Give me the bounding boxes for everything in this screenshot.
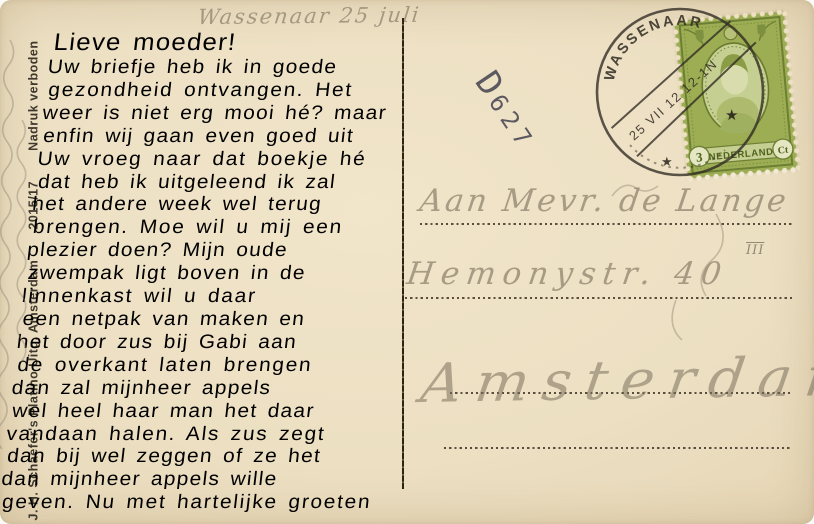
address-dotted-line-1 (420, 223, 792, 225)
handwritten-message: Lieve moeder!Uw briefje heb ik in goedeg… (0, 30, 433, 514)
message-line: enfin wij gaan even goed uit (39, 125, 422, 148)
message-line: weer is niet erg mooi hé? maar (41, 102, 424, 125)
message-line: brengen. Moe wil u mij een (28, 216, 411, 239)
message-line: dat heb ik uitgeleend ik zal (34, 171, 417, 194)
address-city: Amsterdam (417, 344, 814, 415)
address-divider-line (402, 18, 404, 489)
message-line: het andere week wel terug (31, 193, 414, 216)
stamp-currency: Ct (777, 145, 789, 157)
message-line: het door zus bij Gabi aan (16, 331, 399, 354)
address-annotation: III (746, 243, 764, 258)
address-street: Hemonystr. 40 (404, 256, 730, 292)
address-dotted-line-4 (444, 447, 791, 449)
rights-notice: Nadruk verboden (26, 41, 40, 151)
message-line: dan bij wel zeggen of ze het (3, 445, 386, 468)
address-dotted-line-2 (405, 297, 793, 299)
message-line: vandaan halen. Als zus zegt (5, 423, 388, 446)
stamp-engraving: NEDERLAND 3 Ct (674, 12, 797, 179)
message-line: zwempak ligt boven in de (23, 262, 406, 285)
postage-stamp: NEDERLAND 3 Ct (674, 12, 797, 179)
stamp-top-emblem (724, 26, 738, 40)
message-line: geven. Nu met hartelijke groeten (0, 491, 381, 514)
address-recipient: Aan Mevr. de Lange (417, 183, 791, 219)
message-line: Uw vroeg naar dat boekje hé (36, 148, 419, 171)
message-line: plezier doen? Mijn oude (26, 239, 409, 262)
message-line: Lieve moeder! (49, 30, 433, 56)
handwritten-dateline: Wassenaar 25 juli (197, 3, 422, 29)
message-line: Uw briefje heb ik in goede (46, 56, 429, 79)
stamp-background: NEDERLAND 3 Ct (674, 12, 797, 179)
message-line: een netpak van maken en (18, 308, 401, 331)
message-line: gezondheid ontvangen. Het (44, 79, 427, 102)
message-line: de overkant laten brengen (13, 354, 396, 377)
message-line: dan zal mijnheer appels (10, 377, 393, 400)
message-line: linnenkast wil u daar (21, 285, 404, 308)
postcard-scan: J. H. Schaefer's Platino Uitg. Amsterdam… (0, 0, 814, 524)
message-line: wel heel haar man het daar (8, 400, 391, 423)
message-line: dan mijnheer appels wille (0, 468, 383, 491)
